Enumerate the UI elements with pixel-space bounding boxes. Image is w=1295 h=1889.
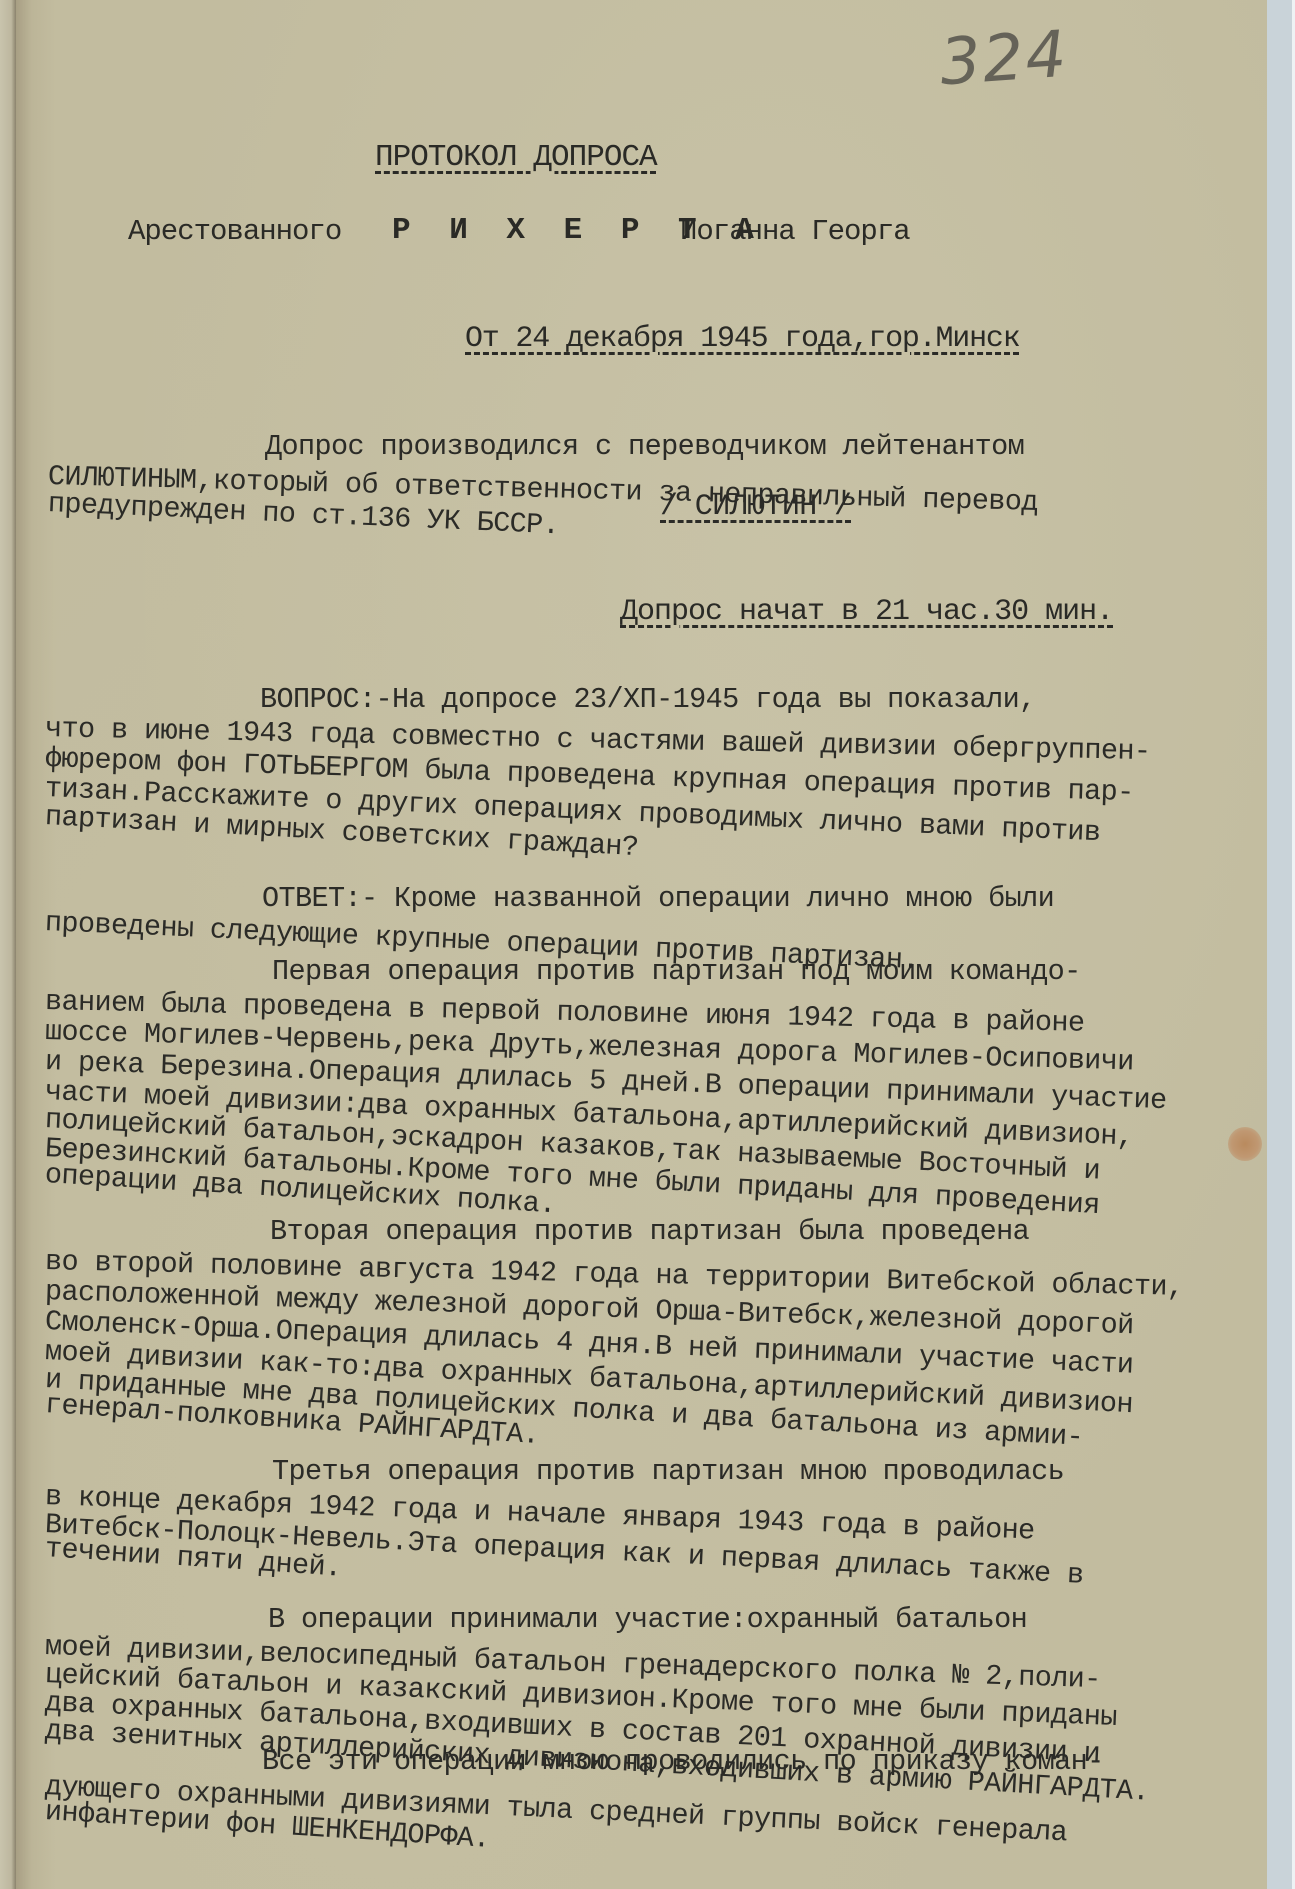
answer-line: ОТВЕТ:- Кроме названной операции лично м…: [262, 882, 1054, 915]
folio-number: 324: [938, 18, 1071, 101]
text-line: Допрос производился с переводчиком лейте…: [265, 430, 1024, 463]
text-line: В операции принимали участие:охранный ба…: [268, 1603, 1027, 1636]
scan-right-edge: [1267, 0, 1293, 1889]
text-line: Первая операция против партизан под моим…: [272, 955, 1081, 988]
document-title: ПРОТОКОЛ ДОПРОСА: [375, 140, 657, 175]
scan-left-edge: [0, 0, 16, 1889]
start-time: Допрос начат в 21 час.30 мин.: [620, 595, 1113, 629]
text-line: Вторая операция против партизан была про…: [270, 1215, 1029, 1248]
paper-stain: [1228, 1127, 1262, 1161]
subject-prefix: Арестованного: [128, 215, 341, 248]
subject-given-names: Иоганна Георга: [680, 215, 910, 248]
interpreter-signature: / СИЛЮТИН /: [660, 490, 851, 524]
binding-shadow: [16, 0, 56, 1889]
date-place: От 24 декабря 1945 года,гор.Минск: [465, 322, 1020, 356]
question-line: ВОПРОС:-На допросе 23/ХП-1945 года вы по…: [260, 683, 1036, 716]
text-line: Третья операция против партизан мною про…: [272, 1455, 1064, 1488]
text-line: Все эти операции мною проводились по при…: [262, 1745, 1104, 1778]
